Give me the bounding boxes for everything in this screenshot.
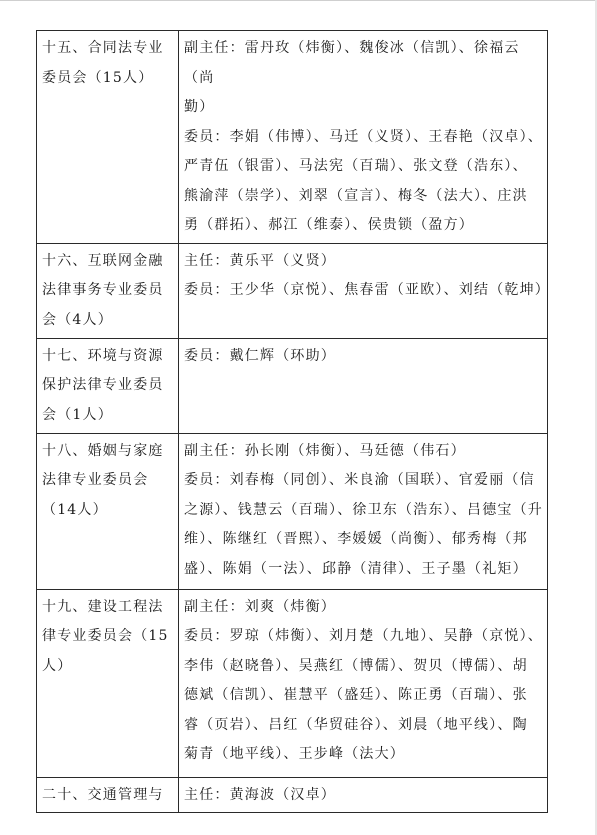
members-line: 勇（群拓）、郝江（维泰）、侯贵锁（盈方） <box>184 211 543 241</box>
members-line: 勤） <box>184 93 543 123</box>
members-line: 菊青（地平线）、王步峰（法大） <box>184 740 543 770</box>
members-line: 委员：刘春梅（同创）、米良渝（国联）、官爱丽（信 <box>184 466 543 496</box>
members-line: 维）、陈继红（晋熙）、李媛媛（尚衡）、郁秀梅（邦 <box>184 525 543 555</box>
members-line: 德斌（信凯）、崔慧平（盛廷）、陈正勇（百瑞）、张 <box>184 681 543 711</box>
members-line: 委员：王少华（京悦）、焦春雷（亚欧）、刘结（乾坤） <box>184 276 543 306</box>
table-row-committee-19: 十九、建设工程法 律专业委员会（15 人） 副主任：刘爽（炜衡） 委员：罗琼（炜… <box>37 589 548 777</box>
committee-name-cell: 十八、婚姻与家庭 法律专业委员会 （14人） <box>37 433 179 589</box>
members-line: 委员：戴仁辉（环助） <box>184 342 543 372</box>
members-line: 盛）、陈娟（一法）、邱静（清律）、王子墨（礼矩） <box>184 555 543 585</box>
committee-name-line: 会（4人） <box>42 306 174 336</box>
committee-name-line: 十七、环境与资源 <box>42 342 174 372</box>
committee-name-cell: 十六、互联网金融 法律事务专业委员 会（4人） <box>37 243 179 338</box>
members-line: 委员：李娟（伟博）、马迁（义贤）、王春艳（汉卓）、 <box>184 123 543 153</box>
committee-name-line: 二十、交通管理与 <box>42 781 174 811</box>
members-line: 委员：罗琼（炜衡）、刘月楚（九地）、吴静（京悦）、 <box>184 622 543 652</box>
members-line: 李伟（赵晓鲁）、吴燕红（博儒）、贺贝（博儒）、胡 <box>184 652 543 682</box>
committee-name-cell: 二十、交通管理与 <box>37 777 179 813</box>
committee-name-line: 法律事务专业委员 <box>42 276 174 306</box>
committee-name-line: 十八、婚姻与家庭 <box>42 437 174 467</box>
members-line: 严青伍（银雷）、马法宪（百瑞）、张文登（浩东）、 <box>184 152 543 182</box>
committee-name-cell: 十七、环境与资源 保护法律专业委员 会（1人） <box>37 338 179 433</box>
committee-name-line: 十五、合同法专业 <box>42 34 174 64</box>
committee-members-cell: 副主任：雷丹玫（炜衡）、魏俊冰（信凯）、徐福云（尚 勤） 委员：李娟（伟博）、马… <box>179 31 548 244</box>
committee-members-cell: 委员：戴仁辉（环助） <box>179 338 548 433</box>
members-line: 睿（页岩）、吕红（华贸硅谷）、刘晨（地平线）、陶 <box>184 711 543 741</box>
committee-name-line: 十九、建设工程法 <box>42 593 174 623</box>
members-line: 副主任：刘爽（炜衡） <box>184 593 543 623</box>
members-line: 主任：黄乐平（义贤） <box>184 247 543 277</box>
committee-members-cell: 主任：黄乐平（义贤） 委员：王少华（京悦）、焦春雷（亚欧）、刘结（乾坤） <box>179 243 548 338</box>
committee-name-line: 保护法律专业委员 <box>42 371 174 401</box>
table-row-committee-16: 十六、互联网金融 法律事务专业委员 会（4人） 主任：黄乐平（义贤） 委员：王少… <box>37 243 548 338</box>
members-line: 之源）、钱慧云（百瑞）、徐卫东（浩东）、吕德宝（升 <box>184 496 543 526</box>
table-row-committee-18: 十八、婚姻与家庭 法律专业委员会 （14人） 副主任：孙长刚（炜衡）、马廷德（伟… <box>37 433 548 589</box>
committee-members-cell: 副主任：孙长刚（炜衡）、马廷德（伟石） 委员：刘春梅（同创）、米良渝（国联）、官… <box>179 433 548 589</box>
committee-name-line: 十六、互联网金融 <box>42 247 174 277</box>
members-line: 主任：黄海波（汉卓） <box>184 781 543 811</box>
committee-name-line: 会（1人） <box>42 401 174 431</box>
committee-members-cell: 主任：黄海波（汉卓） <box>179 777 548 813</box>
table-row-committee-17: 十七、环境与资源 保护法律专业委员 会（1人） 委员：戴仁辉（环助） <box>37 338 548 433</box>
committee-name-line: 人） <box>42 652 174 682</box>
table-row-committee-20: 二十、交通管理与 主任：黄海波（汉卓） <box>37 777 548 813</box>
committee-table: 十五、合同法专业 委员会（15人） 副主任：雷丹玫（炜衡）、魏俊冰（信凯）、徐福… <box>36 30 548 813</box>
members-line: 副主任：孙长刚（炜衡）、马廷德（伟石） <box>184 437 543 467</box>
committee-name-line: 委员会（15人） <box>42 64 174 94</box>
committee-name-line: （14人） <box>42 496 174 526</box>
members-line: 副主任：雷丹玫（炜衡）、魏俊冰（信凯）、徐福云（尚 <box>184 34 543 93</box>
committee-name-line: 法律专业委员会 <box>42 466 174 496</box>
members-line: 熊渝萍（崇学）、刘翠（宣言）、梅冬（法大）、庄洪 <box>184 182 543 212</box>
committee-name-line: 律专业委员会（15 <box>42 622 174 652</box>
committee-members-cell: 副主任：刘爽（炜衡） 委员：罗琼（炜衡）、刘月楚（九地）、吴静（京悦）、 李伟（… <box>179 589 548 777</box>
committee-name-cell: 十五、合同法专业 委员会（15人） <box>37 31 179 244</box>
page-top-edge <box>0 0 597 1</box>
table-row-committee-15: 十五、合同法专业 委员会（15人） 副主任：雷丹玫（炜衡）、魏俊冰（信凯）、徐福… <box>37 31 548 244</box>
committee-name-cell: 十九、建设工程法 律专业委员会（15 人） <box>37 589 179 777</box>
